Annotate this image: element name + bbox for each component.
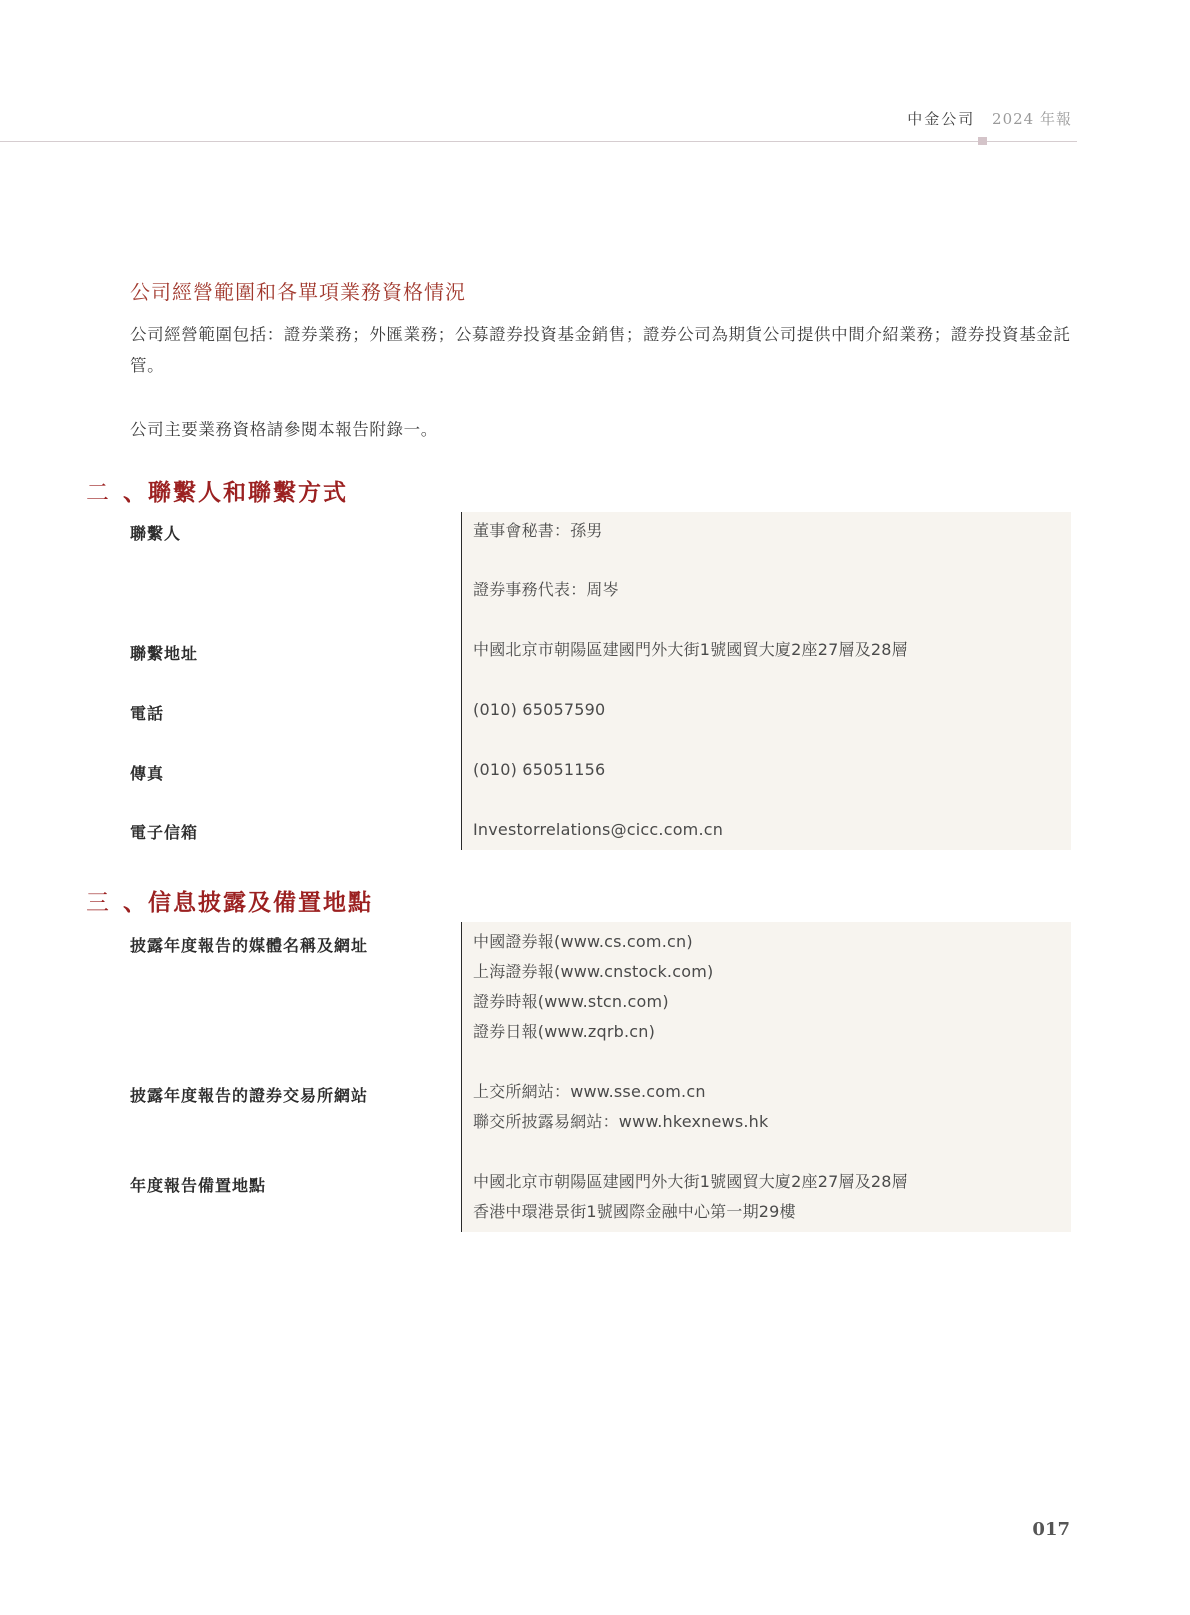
media-item[interactable]: 證券日報(www.zqrb.cn) — [473, 1017, 713, 1047]
media-item[interactable]: 中國證券報(www.cs.com.cn) — [473, 927, 713, 957]
media-label: 披露年度報告的媒體名稱及網址 — [130, 933, 368, 956]
contact-address: 中國北京市朝陽區建國門外大街1號國貿大廈2座27層及28層 — [473, 635, 908, 665]
telephone-label: 電話 — [130, 701, 164, 724]
report-location-label: 年度報告備置地點 — [130, 1173, 266, 1196]
board-secretary: 董事會秘書：孫男 — [473, 516, 603, 546]
fax-value: (010) 65051156 — [473, 755, 605, 785]
header-divider — [0, 141, 1077, 142]
contact-table-value-column — [461, 512, 1071, 850]
contact-person-value: 董事會秘書：孫男 — [473, 516, 603, 546]
telephone-value: (010) 65057590 — [473, 695, 605, 725]
report-title: 2024 年報 — [992, 110, 1072, 128]
page-header: 中金公司 2024 年報 — [907, 108, 1072, 129]
header-marker-square — [978, 137, 987, 145]
media-item[interactable]: 上海證券報(www.cnstock.com) — [473, 957, 713, 987]
report-location-values: 中國北京市朝陽區建國門外大街1號國貿大廈2座27層及28層 香港中環港景街1號國… — [473, 1167, 908, 1227]
contact-person-label: 聯繫人 — [130, 521, 181, 544]
exchange-website-label: 披露年度報告的證券交易所網站 — [130, 1083, 368, 1106]
securities-representative-value: 證券事務代表：周岑 — [473, 575, 619, 605]
exchange-website-item[interactable]: 聯交所披露易網站：www.hkexnews.hk — [473, 1107, 768, 1137]
exchange-website-values: 上交所網站：www.sse.com.cn 聯交所披露易網站：www.hkexne… — [473, 1077, 768, 1137]
business-qualification-note: 公司主要業務資格請參閱本報告附錄一。 — [130, 414, 438, 445]
business-scope-heading: 公司經營範圍和各單項業務資格情況 — [130, 276, 466, 305]
telephone: (010) 65057590 — [473, 695, 605, 725]
media-values: 中國證券報(www.cs.com.cn) 上海證券報(www.cnstock.c… — [473, 927, 713, 1047]
securities-representative: 證券事務代表：周岑 — [473, 575, 619, 605]
section-2-title: 二、聯繫人和聯繫方式 — [86, 474, 348, 507]
email-value: Investorrelations@cicc.com.cn — [473, 815, 723, 845]
email-link[interactable]: Investorrelations@cicc.com.cn — [473, 815, 723, 845]
fax: (010) 65051156 — [473, 755, 605, 785]
report-location-item: 中國北京市朝陽區建國門外大街1號國貿大廈2座27層及28層 — [473, 1167, 908, 1197]
section-2-title-text: 、聯繫人和聯繫方式 — [123, 480, 348, 506]
email-label: 電子信箱 — [130, 820, 198, 843]
contact-address-label: 聯繫地址 — [130, 641, 198, 664]
company-name: 中金公司 — [907, 110, 975, 128]
fax-label: 傳真 — [130, 761, 164, 784]
page-number: 017 — [1032, 1519, 1070, 1540]
business-scope-paragraph: 公司經營範圍包括：證券業務；外匯業務；公募證券投資基金銷售；證券公司為期貨公司提… — [130, 319, 1075, 381]
section-3-number: 三 — [86, 890, 111, 916]
section-3-title-text: 、信息披露及備置地點 — [123, 890, 373, 916]
exchange-website-item[interactable]: 上交所網站：www.sse.com.cn — [473, 1077, 768, 1107]
media-item[interactable]: 證券時報(www.stcn.com) — [473, 987, 713, 1017]
section-3-title: 三、信息披露及備置地點 — [86, 884, 373, 917]
report-location-item: 香港中環港景街1號國際金融中心第一期29樓 — [473, 1197, 908, 1227]
section-2-number: 二 — [86, 480, 111, 506]
contact-address-value: 中國北京市朝陽區建國門外大街1號國貿大廈2座27層及28層 — [473, 635, 908, 665]
